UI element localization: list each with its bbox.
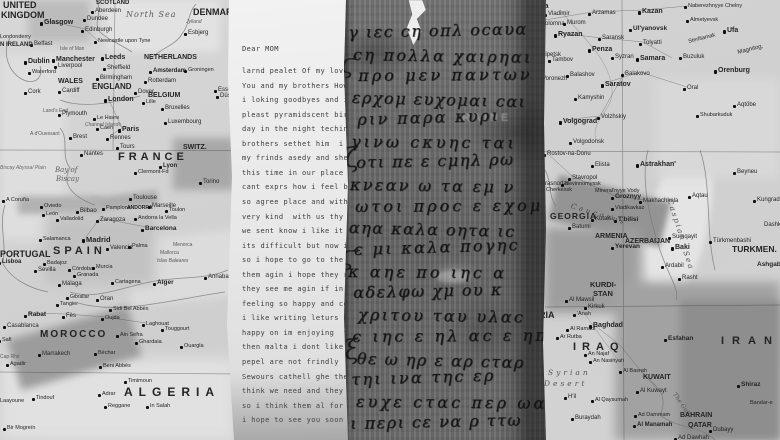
papyrus-greek-line: ωτοι προϲ ε εχομ [355,197,543,214]
map-label: Reggane [108,404,130,410]
map-label: Amsterdam [153,68,186,74]
city-dot [696,115,699,118]
typed-letter-line: so i hope to go to the USA [242,257,362,264]
map-label: SCOTLAND [96,0,129,6]
map-label: Penza [592,46,612,53]
city-dot [0,262,1,266]
map-label: Toulouse [133,195,157,201]
map-label: Dublin [28,58,50,65]
city-dot [24,61,28,65]
map-label: Torino [203,179,219,185]
city-dot [573,314,576,317]
papyrus-greek-line: οτι πε ε ϲμηλ ρω [356,152,515,171]
city-dot [204,277,207,280]
map-label: Oran [100,296,113,302]
city-dot [38,354,41,357]
map-label: Tangier [60,302,78,308]
city-dot [611,57,614,60]
map-label: Adrar [102,392,115,398]
city-dot [103,68,106,71]
map-label: Casablanca [7,323,39,329]
map-label: Rasht [682,275,698,281]
city-dot [6,364,9,367]
city-dot [733,105,736,108]
map-label: Ufa [727,27,738,34]
map-label: Caspian [666,198,687,243]
map-label: Beyneu [737,169,757,175]
city-dot [56,219,59,222]
map-label: ANDORRA [127,206,153,211]
papyrus-greek-line: ι περι ϲε να ρ ττω [350,412,522,432]
city-dot [714,70,718,74]
map-label: In Salah [150,404,170,410]
map-label: Safi [2,338,11,344]
map-label: Desert [544,380,587,388]
city-dot [591,219,594,222]
map-label: Barcelona [145,226,176,233]
map-label: Ad Dawhah [678,435,709,440]
map-label: Al Qaysumah [595,398,628,404]
city-dot [671,247,675,251]
city-dot [142,324,145,327]
typed-letter-line: feeling so happy and conf [242,301,357,308]
city-dot [180,346,183,349]
map-label: Leeds [105,54,125,61]
typed-letter-line: Dear MOM [242,46,279,53]
map-label: MOROCCO [40,330,107,340]
typed-letter-line: pepel are not frindly i [242,359,353,366]
map-label: Kungrad [757,197,780,203]
city-dot [101,318,104,321]
city-dot [109,309,112,312]
city-dot [104,99,108,103]
map-label: Edinburgh [85,27,112,33]
map-label: Plymouth [62,111,87,117]
papyrus-greek-line: ε μι καλα πογηϲ [354,237,520,258]
map-label: Dashkh. [764,222,780,228]
map-label: Tambov [552,57,573,63]
map-label: Syrian [548,369,591,377]
city-dot [554,34,558,38]
map-label: Agadir [10,362,26,368]
map-label: Sevilla [38,267,56,273]
city-dot [141,229,145,233]
papyrus-greek-line: κ αηε πο ιηϲ α [348,264,507,281]
city-dot [589,361,592,364]
city-dot [134,218,137,221]
city-dot [584,307,587,310]
map-label: UNITED [3,1,37,10]
map-label: Kutaisi [595,216,613,222]
papyrus-greek-line: προ μεν παντων [358,67,533,84]
map-label: Waterford [32,70,56,76]
map-label: Mallorca [160,251,179,256]
city-dot [34,270,37,273]
map-label: Paris [122,126,139,133]
map-label: Buraydah [575,415,601,421]
city-dot [94,353,97,356]
map-label: Toulon [169,208,185,214]
city-dot [709,430,712,433]
map-label: KINGDOM [1,11,45,20]
city-dot [56,304,59,307]
city-dot [214,90,217,93]
map-label: Volgograd [563,118,597,125]
city-dot [134,172,137,175]
city-dot [161,108,164,111]
city-dot [688,196,691,199]
map-label: Shubarkuduk [700,113,732,119]
city-dot [601,84,605,88]
city-dot [99,366,102,369]
city-dot [571,418,574,421]
map-label: Timimoun [128,379,152,385]
map-label: Ain Sefra [120,333,143,339]
city-dot [636,58,640,62]
typed-letter-line: then malta i dont like to [242,344,357,351]
typed-letter-line: them agin i hope they rem [242,272,357,279]
papyrus-greek-line: ριν παρα κυρι [357,108,500,128]
map-label: Gibraltar [70,295,89,300]
map-label: Bir Mogreïn [7,426,35,432]
city-dot [135,342,138,345]
map-label: Oujda [105,316,120,322]
map-label: STAN [593,290,613,298]
city-dot [153,283,157,287]
city-dot [91,11,94,14]
map-label: Andorra la Vella [138,216,177,222]
typed-letter-line: i like writing leturs and [242,315,357,322]
map-label: Le Havre [97,116,119,122]
city-dot [611,208,614,211]
city-dot [686,20,689,23]
map-label: Rotterdam [148,78,176,84]
map-label: Rostov-na-Donu [547,151,591,157]
map-label: Zaragoza [100,217,125,223]
map-label: Al Kuwayt [640,388,667,394]
city-dot [83,19,86,22]
map-label: Aberdeen [95,8,121,14]
map-label: Groningen [188,68,214,74]
map-label: Saransk [602,35,624,41]
map-label: Londonderry [0,35,31,41]
map-label: Aqtau [692,193,708,199]
city-dot [684,6,687,9]
map-label: León [46,212,58,218]
city-dot [66,297,69,300]
map-label: Groznyy [615,194,641,201]
map-label: Almetyevsk [690,18,718,24]
typed-letter-paper: Dear MOMlarnd pealet Of my love and loYo… [224,0,353,440]
map-label: Esbjerg [188,30,208,36]
map-label: Rennes [110,135,131,141]
map-label: London [108,96,134,103]
map-label: NETHERLANDS [144,54,197,61]
city-dot [76,211,79,214]
map-label: Tindouf [36,396,54,402]
map-label: Béchar [98,351,115,357]
map-label: Islas Baleares [157,259,188,264]
map-label: Bruxelles [165,105,190,111]
map-label: Samara [640,55,665,62]
city-dot [638,11,642,15]
map-label: N IRELAND [0,42,33,48]
map-label: Arzamas [592,10,616,16]
city-dot [683,88,686,91]
map-label: Cork [28,89,41,95]
city-dot [96,128,99,131]
city-dot [82,239,86,243]
map-label: Balashov [570,72,595,78]
map-label: PORTUGAL [0,250,51,259]
city-dot [723,30,727,34]
city-dot [556,337,559,340]
papyrus-greek-line: ϲ ιηϲ ε ηλ αϲ ε ηπ [352,327,549,344]
city-dot [639,201,642,204]
city-dot [104,406,107,409]
city-dot [102,208,105,211]
typed-letter-line: they see me agin if in le [242,286,357,293]
map-label: Ashgabat [757,262,780,269]
city-dot [149,71,153,75]
map-label: Glasgow [44,19,73,26]
city-dot [106,248,109,251]
city-dot [737,385,741,389]
typed-letter-line: its difficult but now im [242,243,353,250]
map-label: Menorca [173,243,192,248]
map-label: Laayoune [0,399,24,405]
city-dot [144,81,147,84]
map-label: Bay of [55,167,77,174]
map-label: Cherkessk [546,188,572,194]
city-dot [733,172,736,175]
city-dot [42,214,45,217]
map-label: Astrakhan' [640,161,676,168]
city-dot [62,316,65,319]
map-label: Dundee [87,16,108,22]
map-label: Fès [66,313,76,319]
papyrus-greek-line: τηι ινα τηϲ ερ [351,368,496,388]
map-label: QATAR [688,422,712,429]
city-dot [566,329,569,332]
city-dot [566,75,569,78]
map-label: Ouargla [184,344,204,350]
map-label: Lille [146,100,156,106]
city-dot [588,13,591,16]
map-label: Málaga [62,281,82,287]
city-dot [2,200,5,203]
map-label: Liverpool [58,63,82,69]
paper-bottom-shade [224,370,353,440]
map-label: Kamyshin [578,95,604,101]
map-label: Birmingham [100,75,132,81]
city-dot [101,57,105,61]
city-dot [639,43,642,46]
map-label: Lisboa [2,259,21,265]
map-label: KURDI- [590,281,616,289]
map-label: H'il [568,394,576,400]
map-label: 'Anah [577,312,591,318]
map-label: Aqtöbe [737,102,756,108]
map-label: Magnitog. [737,44,764,56]
map-label: Sea [682,250,695,271]
map-label: Volzhskiy [601,114,626,120]
city-dot [164,122,167,125]
city-dot [568,227,571,230]
city-dot [24,92,27,95]
city-dot [3,428,6,431]
map-label: Cardiff [62,88,80,94]
city-dot [621,74,624,77]
papyrus-greek-line: γινω ϲκυηϲ ται [351,134,517,151]
map-label: KUWAIT [643,374,671,381]
city-dot [0,340,1,343]
papyrus-greek-line: χριτου ταυ υλαϲ [358,307,526,326]
map-label: Beni Abbès [103,364,131,370]
map-label: Oral [687,85,698,91]
city-dot [58,91,61,94]
map-label: Luxembourg [168,119,201,125]
city-dot [565,300,568,303]
papyrus-fragment: RAINE γ ιεϲ ϲη οπλ οϲαυαϲη πολλα χαιρηαι… [344,0,546,440]
city-dot [753,200,756,203]
map-label: ENGLAND [92,83,132,91]
map-label: Ar Rutba [560,335,582,341]
city-dot [661,266,664,269]
map-label: Salamanca [43,237,71,243]
map-label: Sterlitamak [688,33,716,45]
city-dot [636,391,639,394]
map-label: T'bilisi [618,217,638,224]
papyrus-greek-line: ϲη πολλα χαιρηαι [353,47,533,66]
map-label: Annaba [208,274,229,280]
map-label: Ghardaia [139,340,162,346]
map-label: Al Ramadi [570,327,595,333]
map-label: Cartagena [115,280,141,286]
city-dot [559,121,563,125]
map-label: TURKMEN. [732,245,777,254]
map-label: Oviedo [44,204,61,210]
city-dot [96,78,99,81]
map-label: Naberezhnyye Chelny [688,4,742,10]
map-label: Vladikavkaz [615,206,644,212]
map-label: Al Mawsil [569,297,594,303]
map-label: Granada [77,273,98,279]
map-label: Belfast [34,41,52,47]
map-label: Tolyatti [643,40,662,46]
city-dot [106,138,109,141]
map-label: SWITZ. [183,144,207,151]
map-label: Biscay [56,176,79,183]
map-label: Ul'yanovsk [633,26,667,33]
map-label: Bilbao [80,208,97,214]
city-dot [142,102,145,105]
city-dot [165,210,168,213]
city-dot [633,425,637,429]
map-label: Touggourt [165,327,189,333]
collage-scene: UNITEDKINGDOMSCOTLANDAberdeenDundeeGlasg… [0,0,780,440]
city-dot [68,269,71,272]
city-dot [40,206,43,209]
city-dot [24,315,28,319]
map-label: Volgodonsk [573,139,604,145]
city-dot [636,164,640,168]
city-dot [118,129,122,133]
map-label: Biscay Abyssal Plain [0,166,46,171]
map-label: Palma [132,244,148,250]
city-dot [58,284,61,287]
city-dot [129,198,132,201]
city-dot [134,92,137,95]
city-dot [668,237,671,240]
city-dot [574,98,577,101]
map-label: Ardabil [665,263,684,269]
map-label: Saratov [605,81,631,88]
map-label: Kirkuk [588,304,605,310]
map-label: An Najaf [588,352,609,358]
city-dot [28,72,31,75]
map-label: Batumi [572,224,591,230]
city-dot [116,335,119,338]
city-dot [69,137,72,140]
map-label: Madrid [86,236,111,244]
map-label: Rabat [28,312,46,319]
map-label: FRANCE [118,152,188,163]
city-dot [679,57,682,60]
map-label: Balakovo [625,71,650,77]
city-dot [598,38,601,41]
city-dot [184,33,187,36]
map-label: Ryazan [558,31,583,38]
map-label: IRAN [721,336,780,347]
papyrus-greek-line: γ ιεϲ ϲη οπλ οϲαυα [348,21,528,41]
map-label: Manchester [56,56,95,63]
city-dot [96,220,99,223]
map-label: A Coruña [6,198,29,204]
city-dot [81,30,84,33]
city-dot [588,49,592,53]
map-label: Murcia [96,265,113,271]
typed-letter-line: happy on im enjoying tha [242,330,357,337]
map-label: Voronezh [542,76,567,82]
map-label: Yerevan [615,244,640,251]
map-label: Ad Dammam [638,413,670,419]
city-dot [591,165,594,168]
city-dot [548,60,551,63]
city-dot [629,29,633,33]
map-label: Nantes [84,151,103,157]
city-dot [58,114,61,117]
papyrus-greek-line: αδελφω χμ ου κ [353,282,503,301]
city-dot [709,241,712,244]
map-label: Badajoz [47,261,67,267]
city-dot [73,275,76,278]
map-label: BAHRAIN [680,412,712,419]
map-label: Clermont-Fd [138,170,169,176]
city-dot [32,398,35,401]
map-label: Shiraz [741,382,761,389]
city-dot [634,415,637,418]
map-label: Sidi Bel Abbès [113,307,148,313]
city-dot [146,406,149,409]
city-dot [216,96,219,99]
map-label: Brest [73,134,87,140]
papyrus-greek-line: κνεαν ω τα εμ ν [350,177,516,196]
map-label: Newcastle upon Tyne [98,39,151,45]
map-label: An Nasiriyah [593,359,624,365]
map-label: Kazan [642,8,663,15]
city-dot [116,147,119,150]
